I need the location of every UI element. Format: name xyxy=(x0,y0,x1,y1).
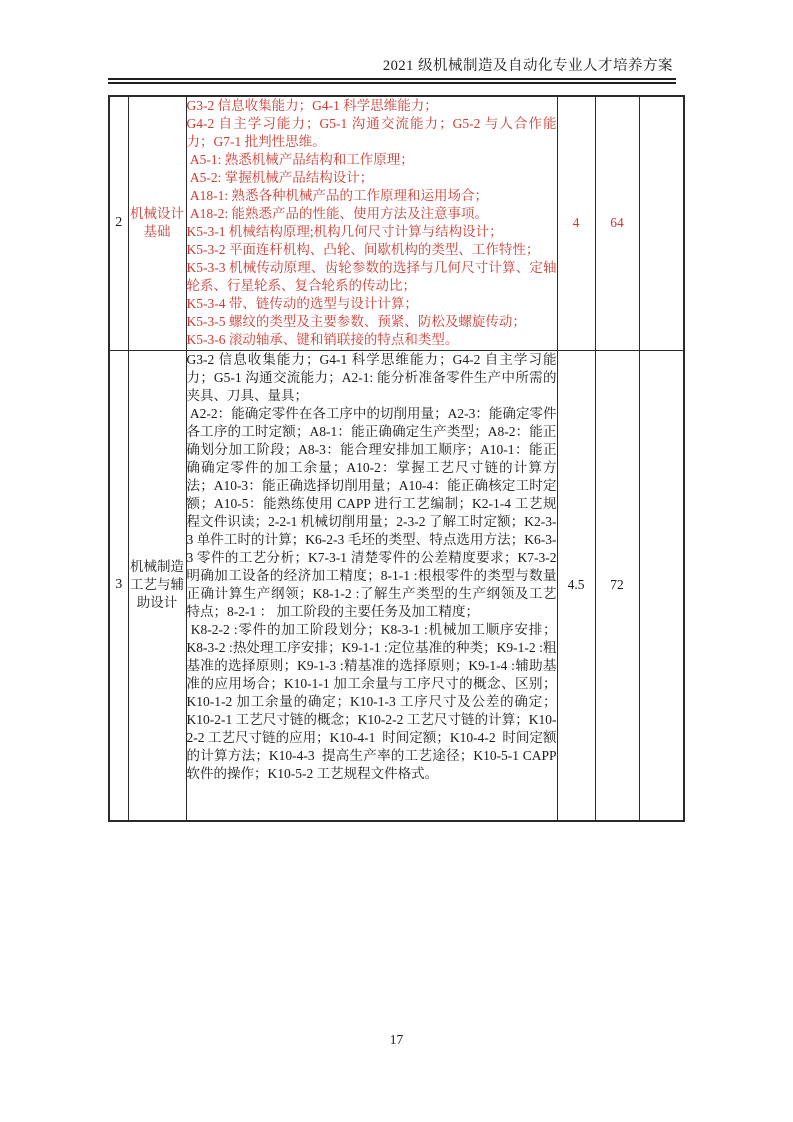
page-number: 17 xyxy=(0,1032,793,1048)
table-row: 3 机械制造工艺与辅助设计 G3-2 信息收集能力；G4-1 科学思维能力；G4… xyxy=(109,350,684,821)
content-line: G4-2 自主学习能力；G5-1 沟通交流能力；G5-2 与人合作能力；G7-1… xyxy=(187,115,557,151)
document-page: 2021 级机械制造及自动化专业人才培养方案 2 机械设计基础 G3-2 信息收… xyxy=(0,0,793,1122)
content-line: K5-3-5 螺纹的类型及主要参数、预紧、防松及螺旋传动； xyxy=(187,313,557,331)
content-line: K5-3-2 平面连杆机构、凸轮、间歇机构的类型、工作特性； xyxy=(187,241,557,259)
content-line: K5-3-4 带、链传动的选型与设计计算； xyxy=(187,295,557,313)
weekly-hours-cell: 4.5 xyxy=(557,350,595,821)
content-line: A18-1: 熟悉各种机械产品的工作原理和运用场合； xyxy=(187,187,557,205)
content-paragraph: A2-2：能确定零件在各工序中的切削用量；A2-3：能确定零件各工序的工时定额；… xyxy=(187,405,557,621)
row-number-cell: 2 xyxy=(109,96,128,350)
page-header-title: 2021 级机械制造及自动化专业人才培养方案 xyxy=(108,54,673,75)
content-line: K5-3-1 机械结构原理;机构几何尺寸计算与结构设计； xyxy=(187,223,557,241)
content-line: A5-1: 熟悉机械产品结构和工作原理； xyxy=(187,151,557,169)
header-double-rule xyxy=(108,78,676,84)
content-line: K5-3-3 机械传动原理、齿轮参数的选择与几何尺寸计算、定轴轮系、行星轮系、复… xyxy=(187,259,557,295)
course-content-cell: G3-2 信息收集能力；G4-1 科学思维能力；G4-2 自主学习能力；G5-1… xyxy=(186,350,557,821)
weekly-hours-cell: 4 xyxy=(557,96,595,350)
content-paragraph: K8-2-2 :零件的加工阶段划分；K8-3-1 :机械加工顺序安排；K8-3-… xyxy=(187,621,557,783)
content-line: G3-2 信息收集能力；G4-1 科学思维能力； xyxy=(187,97,557,115)
total-hours-cell: 64 xyxy=(595,96,639,350)
content-paragraph: G3-2 信息收集能力；G4-1 科学思维能力；G4-2 自主学习能力；G5-1… xyxy=(187,351,557,405)
content-line: K5-3-6 滚动轴承、键和销联接的特点和类型。 xyxy=(187,331,557,349)
course-content-cell: G3-2 信息收集能力；G4-1 科学思维能力； G4-2 自主学习能力；G5-… xyxy=(186,96,557,350)
content-line: A5-2: 掌握机械产品结构设计； xyxy=(187,169,557,187)
empty-cell xyxy=(639,350,684,821)
row-number-cell: 3 xyxy=(109,350,128,821)
empty-cell xyxy=(639,96,684,350)
course-name-cell: 机械设计基础 xyxy=(128,96,186,350)
course-objectives-table: 2 机械设计基础 G3-2 信息收集能力；G4-1 科学思维能力； G4-2 自… xyxy=(108,95,685,822)
course-name-cell: 机械制造工艺与辅助设计 xyxy=(128,350,186,821)
content-line: A18-2: 能熟悉产品的性能、使用方法及注意事项。 xyxy=(187,205,557,223)
table-row: 2 机械设计基础 G3-2 信息收集能力；G4-1 科学思维能力； G4-2 自… xyxy=(109,96,684,350)
total-hours-cell: 72 xyxy=(595,350,639,821)
